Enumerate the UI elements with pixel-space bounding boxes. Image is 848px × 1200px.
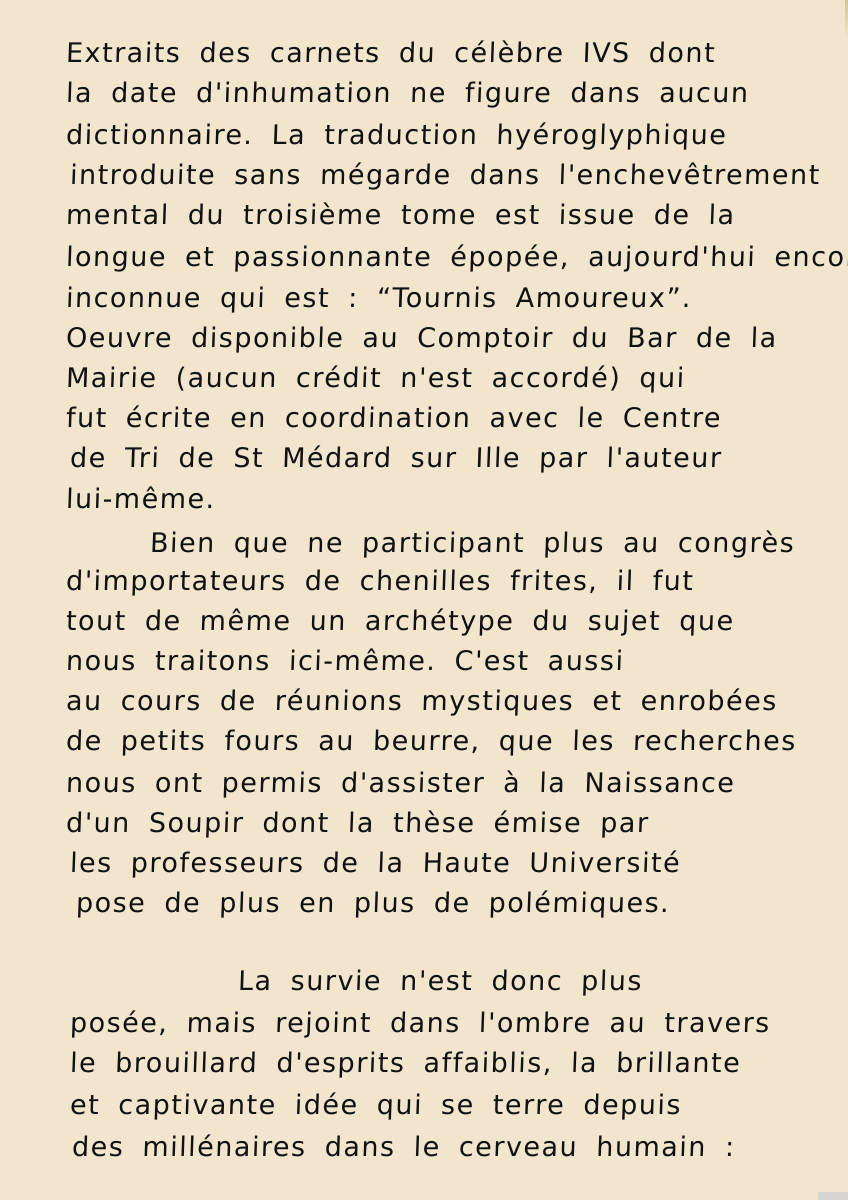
handwritten-page: Extraits des carnets du célèbre IVS dont… [0, 0, 848, 1200]
text-line: de petits fours au beurre, que les reche… [65, 726, 797, 757]
text-line: des millénaires dans le cerveau humain : [71, 1132, 736, 1163]
text-line: Mairie (aucun crédit n'est accordé) qui [65, 363, 686, 394]
text-line: le brouillard d'esprits affaiblis, la br… [69, 1048, 741, 1079]
text-line: introduite sans mégarde dans l'enchevêtr… [69, 160, 821, 191]
text-line: Extraits des carnets du célèbre IVS dont [65, 38, 716, 69]
text-line: La survie n'est donc plus [237, 966, 643, 997]
text-line: la date d'inhumation ne figure dans aucu… [65, 78, 750, 109]
text-line: mental du troisième tome est issue de la [65, 200, 736, 231]
text-line: posée, mais rejoint dans l'ombre au trav… [69, 1008, 771, 1039]
text-line: pose de plus en plus de polémiques. [75, 888, 670, 919]
text-line: inconnue qui est : “Tournis Amoureux”. [65, 283, 692, 314]
text-line: lui-même. [65, 484, 216, 515]
text-line: et captivante idée qui se terre depuis [69, 1090, 682, 1121]
text-line: de Tri de St Médard sur Ille par l'auteu… [69, 443, 723, 474]
text-line: d'importateurs de chenilles frites, il f… [65, 566, 695, 597]
text-line: nous ont permis d'assister à la Naissanc… [65, 768, 736, 799]
text-line: Bien que ne participant plus au congrès [149, 528, 795, 559]
text-line: fut écrite en coordination avec le Centr… [65, 403, 722, 434]
text-line: longue et passionnante épopée, aujourd'h… [65, 242, 848, 273]
text-line: tout de même un archétype du sujet que [65, 606, 735, 637]
text-line: Oeuvre disponible au Comptoir du Bar de … [65, 323, 778, 354]
text-line: dictionnaire. La traduction hyéroglyphiq… [65, 120, 728, 151]
scan-corner-artifact [818, 1192, 848, 1200]
text-line: les professeurs de la Haute Université [69, 848, 681, 879]
text-line: nous traitons ici-même. C'est aussi [65, 646, 625, 677]
text-line: au cours de réunions mystiques et enrobé… [65, 686, 778, 717]
text-line: d'un Soupir dont la thèse émise par [65, 808, 650, 839]
